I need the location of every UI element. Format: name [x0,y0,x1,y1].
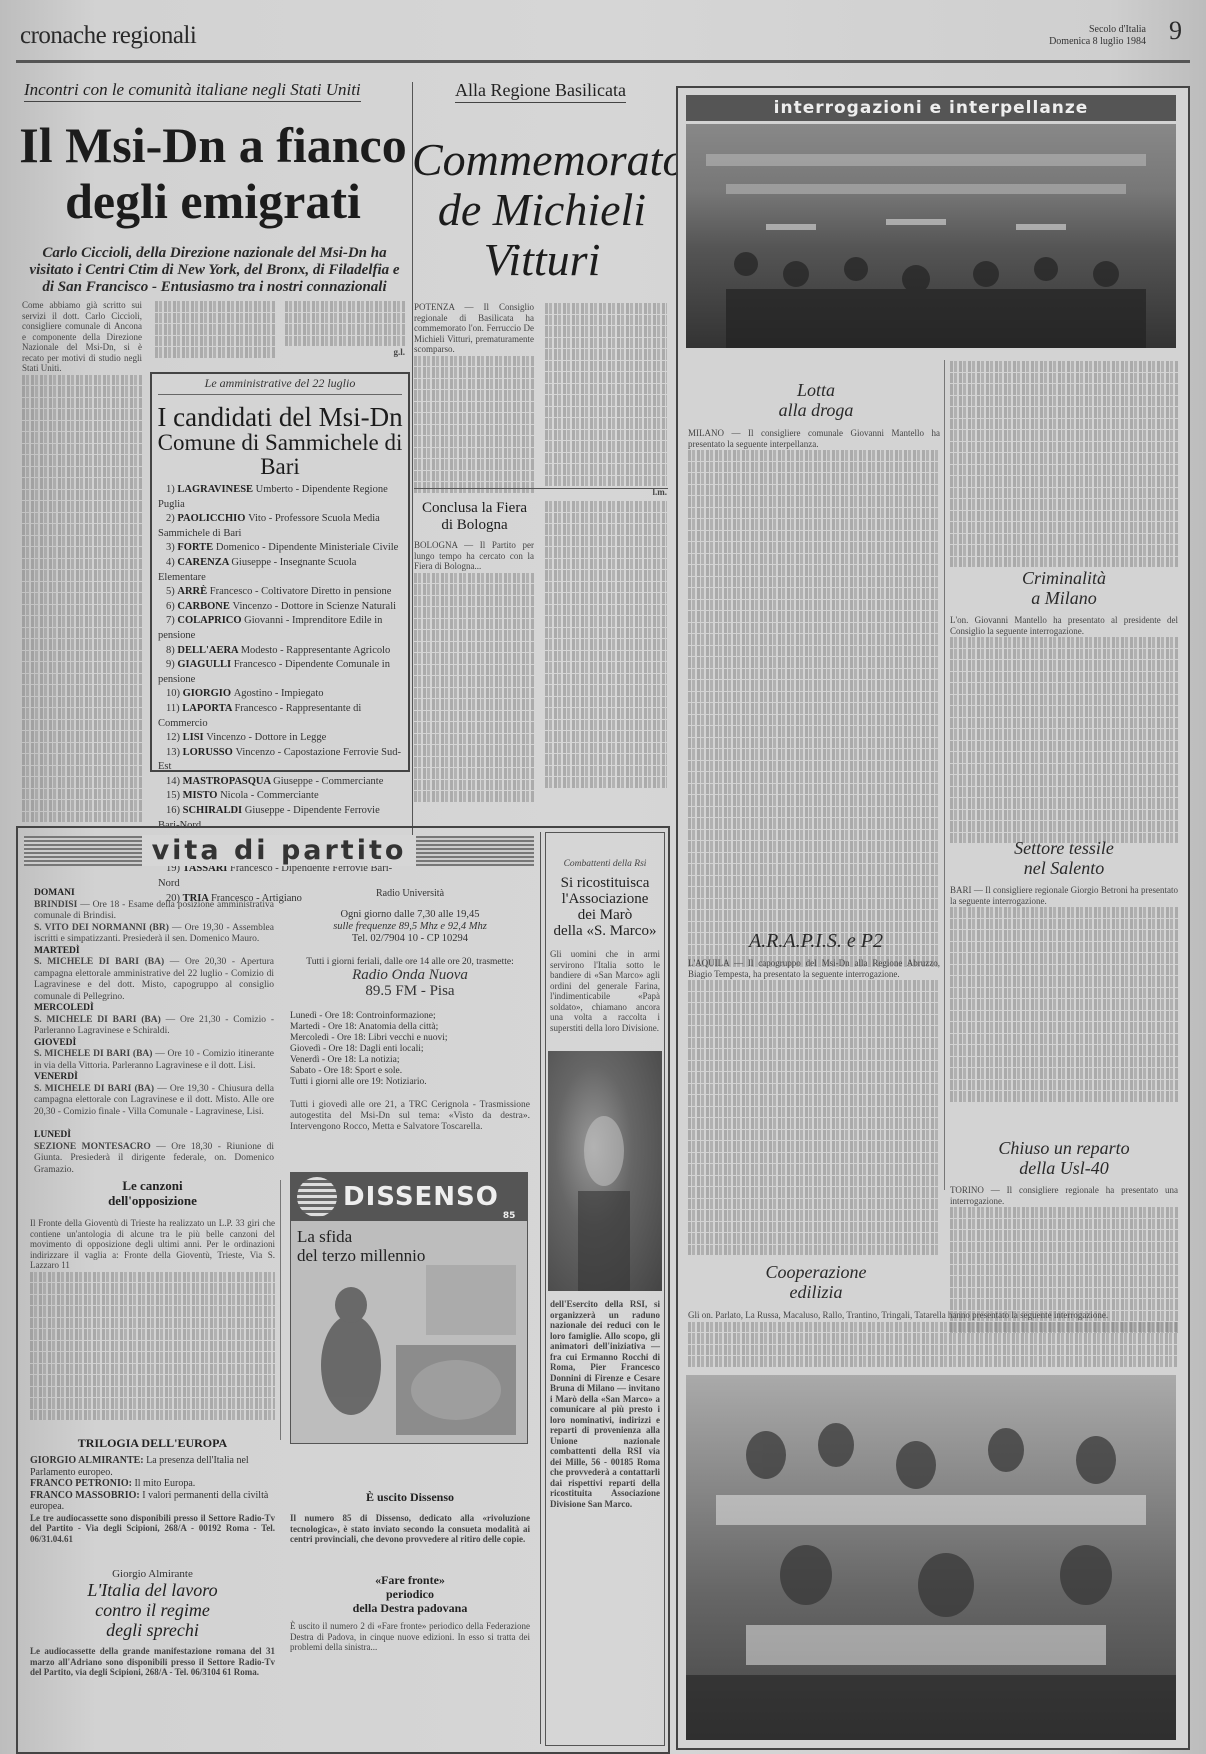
party-agenda: DOMANIBRINDISI — Ore 18 - Esame della po… [34,888,274,1176]
masthead-rule [16,60,1190,63]
radio-station-name: Radio Onda Nuova [290,967,530,983]
agenda-item: S. VITO DEI NORMANNI (BR) — Ore 19,30 - … [34,923,274,946]
radio-program: Martedì - Ore 18: Anatomia della città; [290,1022,530,1033]
uscito-dissenso-section: È uscito Dissenso Il numero 85 di Dissen… [290,1490,530,1545]
agenda-item: BRINDISI — Ore 18 - Esame della posizion… [34,900,274,923]
trilogia-section: TRILOGIA DELL'EUROPA GIORGIO ALMIRANTE: … [30,1436,275,1544]
dissenso-cover-image: DISSENSO 85 La sfida del terzo millennio [290,1172,528,1444]
candidate-entry: 6) CARBONE Vincenzo - Dottore in Scienze… [158,600,402,615]
radio-section: Radio Università Ogni giorno dalle 7,30 … [290,888,530,1133]
column-divider [280,1180,281,1440]
candidate-entry: 4) CARENZA Giuseppe - Insegnante Scuola … [158,556,402,585]
almirante-title: L'Italia del lavoro contro il regime deg… [30,1580,275,1640]
tessile-title: Settore tessile nel Salento [950,838,1178,878]
article-body-col3: g.l. [285,300,405,358]
usl-title: Chiuso un reparto della Usl-40 [950,1138,1178,1178]
article-kicker: Incontri con le comunità italiane negli … [24,80,399,100]
radio-frequency: sulle frequenze 89,5 Mhz e 92,4 Mhz [290,921,530,933]
agenda-item: S. MICHELE DI BARI (BA) — Ore 21,30 - Co… [34,1015,274,1038]
vita-di-partito-banner: vita di partito [24,836,534,866]
candidate-entry: 8) DELL'AERA Modesto - Rappresentante Ag… [158,644,402,659]
candidate-entry: 10) GIORGIO Agostino - Impiegato [158,687,402,702]
candidate-entry: 15) MISTO Nicola - Commerciante [158,789,402,804]
interrogazioni-banner: interrogazioni e interpellanze [686,95,1176,121]
masthead-info: Secolo d'Italia Domenica 8 luglio 1984 [1049,24,1146,48]
candidates-title: I candidati del Msi-Dn [152,403,408,431]
agenda-day: MARTEDÌ [34,946,274,958]
droga-body: MILANO — Il consigliere comunale Giovann… [688,428,940,968]
agenda-item: S. MICHELE DI BARI (BA) — Ore 20,30 - Ap… [34,957,274,1003]
column-divider [540,832,541,1744]
candidates-box: Le amministrative del 22 luglio I candid… [150,372,410,772]
article-deck: Carlo Ciccioli, della Direzione nazional… [22,245,407,296]
cooperazione-title: Cooperazione edilizia [688,1262,944,1302]
agenda-day: GIOVEDÌ [34,1038,274,1050]
radio-program: Venerdì - Ore 18: La notizia; [290,1055,530,1066]
arapis-body: L'AQUILA — Il capogruppo del Msi-Dn alla… [688,958,940,1256]
candidate-entry: 2) PAOLICCHIO Vito - Professore Scuola M… [158,512,402,541]
trilogia-title: TRILOGIA DELL'EUROPA [30,1436,275,1451]
agenda-item: S. MICHELE DI BARI (BA) — Ore 10 - Comiz… [34,1049,274,1072]
newspaper-page: cronache regionali Secolo d'Italia Domen… [0,0,1206,1754]
trilogia-note: Le tre audiocassette sono disponibili pr… [30,1513,275,1545]
agenda-day: VENERDÌ [34,1072,274,1084]
uscito-dissenso-body: Il numero 85 di Dissenso, dedicato alla … [290,1513,530,1545]
photo-illustration [686,124,1176,348]
basilicata-headline: Commemorato de Michieli Vitturi [412,135,672,285]
arapis-title: A.R.A.P.I.S. e P2 [688,930,944,953]
canzoni-body: Il Fronte della Gioventù di Trieste ha r… [30,1218,275,1420]
dissenso-cover-title: La sfida del terzo millennio [291,1221,527,1265]
candidate-entry: 12) LISI Vincenzo - Dottore in Legge [158,731,402,746]
fare-fronte-body: È uscito il numero 2 di «Fare fronte» pe… [290,1621,530,1653]
almirante-body: Le audiocassette della grande manifestaz… [30,1646,275,1678]
meeting-photo [686,1375,1176,1740]
photo-illustration [548,1051,660,1291]
fiera-headline: Conclusa la Fiera di Bologna [412,500,537,534]
dissenso-cover-art [291,1265,525,1440]
interrogazioni-right-col-top [950,360,1178,568]
radio-program: Lunedì - Ore 18: Controinformazione; [290,1011,530,1022]
criminalita-title: Criminalità a Milano [950,568,1178,608]
fiera-body-col2 [545,500,667,789]
canzoni-title: Le canzoni dell'opposizione [30,1178,275,1208]
radio-schedule: Ogni giorno dalle 7,30 alle 19,45 [290,909,530,921]
candidate-entry: 3) FORTE Domenico - Dipendente Ministeri… [158,541,402,556]
tessile-body: BARI — Il consigliere regionale Giorgio … [950,885,1178,1103]
radio-intro: Tutti i giorni feriali, dalle ore 14 all… [290,957,530,967]
agenda-day: MERCOLEDÌ [34,1003,274,1015]
column-divider [944,360,945,1190]
trc-note: Tutti i giovedì alle ore 21, a TRC Cerig… [290,1100,530,1133]
candidate-entry: 13) LORUSSO Vincenzo - Capostazione Ferr… [158,746,402,775]
dissenso-masthead: DISSENSO 85 [291,1173,527,1221]
trilogia-entries: GIORGIO ALMIRANTE: La presenza dell'Ital… [30,1455,275,1513]
paper-name: Secolo d'Italia [1049,24,1146,36]
article-headline: Il Msi-Dn a fianco degli emigrati [18,120,408,226]
maro-body: Gli uomini che in armi servirono l'Itali… [550,949,660,1033]
candidates-subtitle: Comune di Sammichele di Bari [152,431,408,479]
article-body-col1: Come abbiamo già scritto sui servizi il … [22,300,142,823]
candidate-entry: 7) COLAPRICO Giovanni - Imprenditore Edi… [158,614,402,643]
maro-body-continued: dell'Esercito della RSI, si organizzerà … [550,1299,660,1509]
radio-universita-title: Radio Università [290,888,530,899]
fare-fronte-section: «Fare fronte» periodico della Destra pad… [290,1573,530,1653]
almirante-section: Giorgio Almirante L'Italia del lavoro co… [30,1568,275,1678]
basilicata-kicker: Alla Regione Basilicata [455,80,626,101]
uscito-dissenso-title: È uscito Dissenso [290,1490,530,1505]
radio-program: Tutti i giorni alle ore 19: Notiziario. [290,1077,530,1088]
agenda-item: SEZIONE MONTESACRO — Ore 18,30 - Riunion… [34,1142,274,1177]
almirante-byline: Giorgio Almirante [30,1568,275,1580]
fiera-body-col1: BOLOGNA — Il Partito per lungo tempo ha … [414,540,534,803]
droga-title: Lotta alla droga [686,380,946,420]
maro-title: Si ricostituisca l'Associazione dei Marò… [546,875,664,939]
candidates-kicker: Le amministrative del 22 luglio [158,376,402,395]
basilicata-body-col2: l.m. [545,302,667,498]
radio-programs: Lunedì - Ore 18: Controinformazione;Mart… [290,1011,530,1088]
maro-photo [548,1051,662,1291]
radio-program: Mercoledì - Ore 18: Libri vecchi e nuovi… [290,1033,530,1044]
maro-kicker: Combattenti della Rsi [546,859,664,869]
section-rule [414,488,668,489]
candidate-entry: 1) LAGRAVINESE Umberto - Dipendente Regi… [158,483,402,512]
candidate-entry: 11) LAPORTA Francesco - Rappresentante d… [158,702,402,731]
page-number: 9 [1169,16,1182,46]
candidate-entry: 9) GIAGULLI Francesco - Dipendente Comun… [158,658,402,687]
agenda-day: DOMANI [34,888,274,900]
basilicata-body-col1: POTENZA — Il Consiglio regionale di Basi… [414,302,534,494]
section-title: cronache regionali [20,22,196,50]
parliament-photo [686,124,1176,348]
trilogia-entry: GIORGIO ALMIRANTE: La presenza dell'Ital… [30,1455,275,1478]
candidate-entry: 5) ARRÈ Francesco - Coltivatore Diretto … [158,585,402,600]
canzoni-section: Le canzoni dell'opposizione Il Fronte de… [30,1178,275,1421]
globe-icon [297,1177,337,1217]
trilogia-entry: FRANCO PETRONIO: Il mito Europa. [30,1478,275,1490]
radio-program: Sabato - Ore 18: Sport e sole. [290,1066,530,1077]
issue-date: Domenica 8 luglio 1984 [1049,36,1146,48]
maro-box: Combattenti della Rsi Si ricostituisca l… [545,832,665,1746]
criminalita-body: L'on. Giovanni Mantello ha presentato al… [950,615,1178,844]
agenda-day: LUNEDÌ [34,1130,274,1142]
radio-phone: Tel. 02/7904 10 - CP 10294 [290,933,530,945]
cooperazione-body: Gli on. Parlato, La Russa, Macaluso, Ral… [688,1310,1178,1368]
trilogia-entry: FRANCO MASSOBRIO: I valori permanenti de… [30,1490,275,1513]
fare-fronte-title: «Fare fronte» periodico della Destra pad… [290,1573,530,1615]
article-body-col2 [155,300,275,359]
radio-station-frequency: 89.5 FM - Pisa [290,983,530,999]
radio-program: Giovedì - Ore 18: Dagli enti locali; [290,1044,530,1055]
candidate-entry: 14) MASTROPASQUA Giuseppe - Commerciante [158,775,402,790]
agenda-item: S. MICHELE DI BARI (BA) — Ore 19,30 - Ch… [34,1084,274,1119]
photo-illustration [686,1375,1176,1740]
